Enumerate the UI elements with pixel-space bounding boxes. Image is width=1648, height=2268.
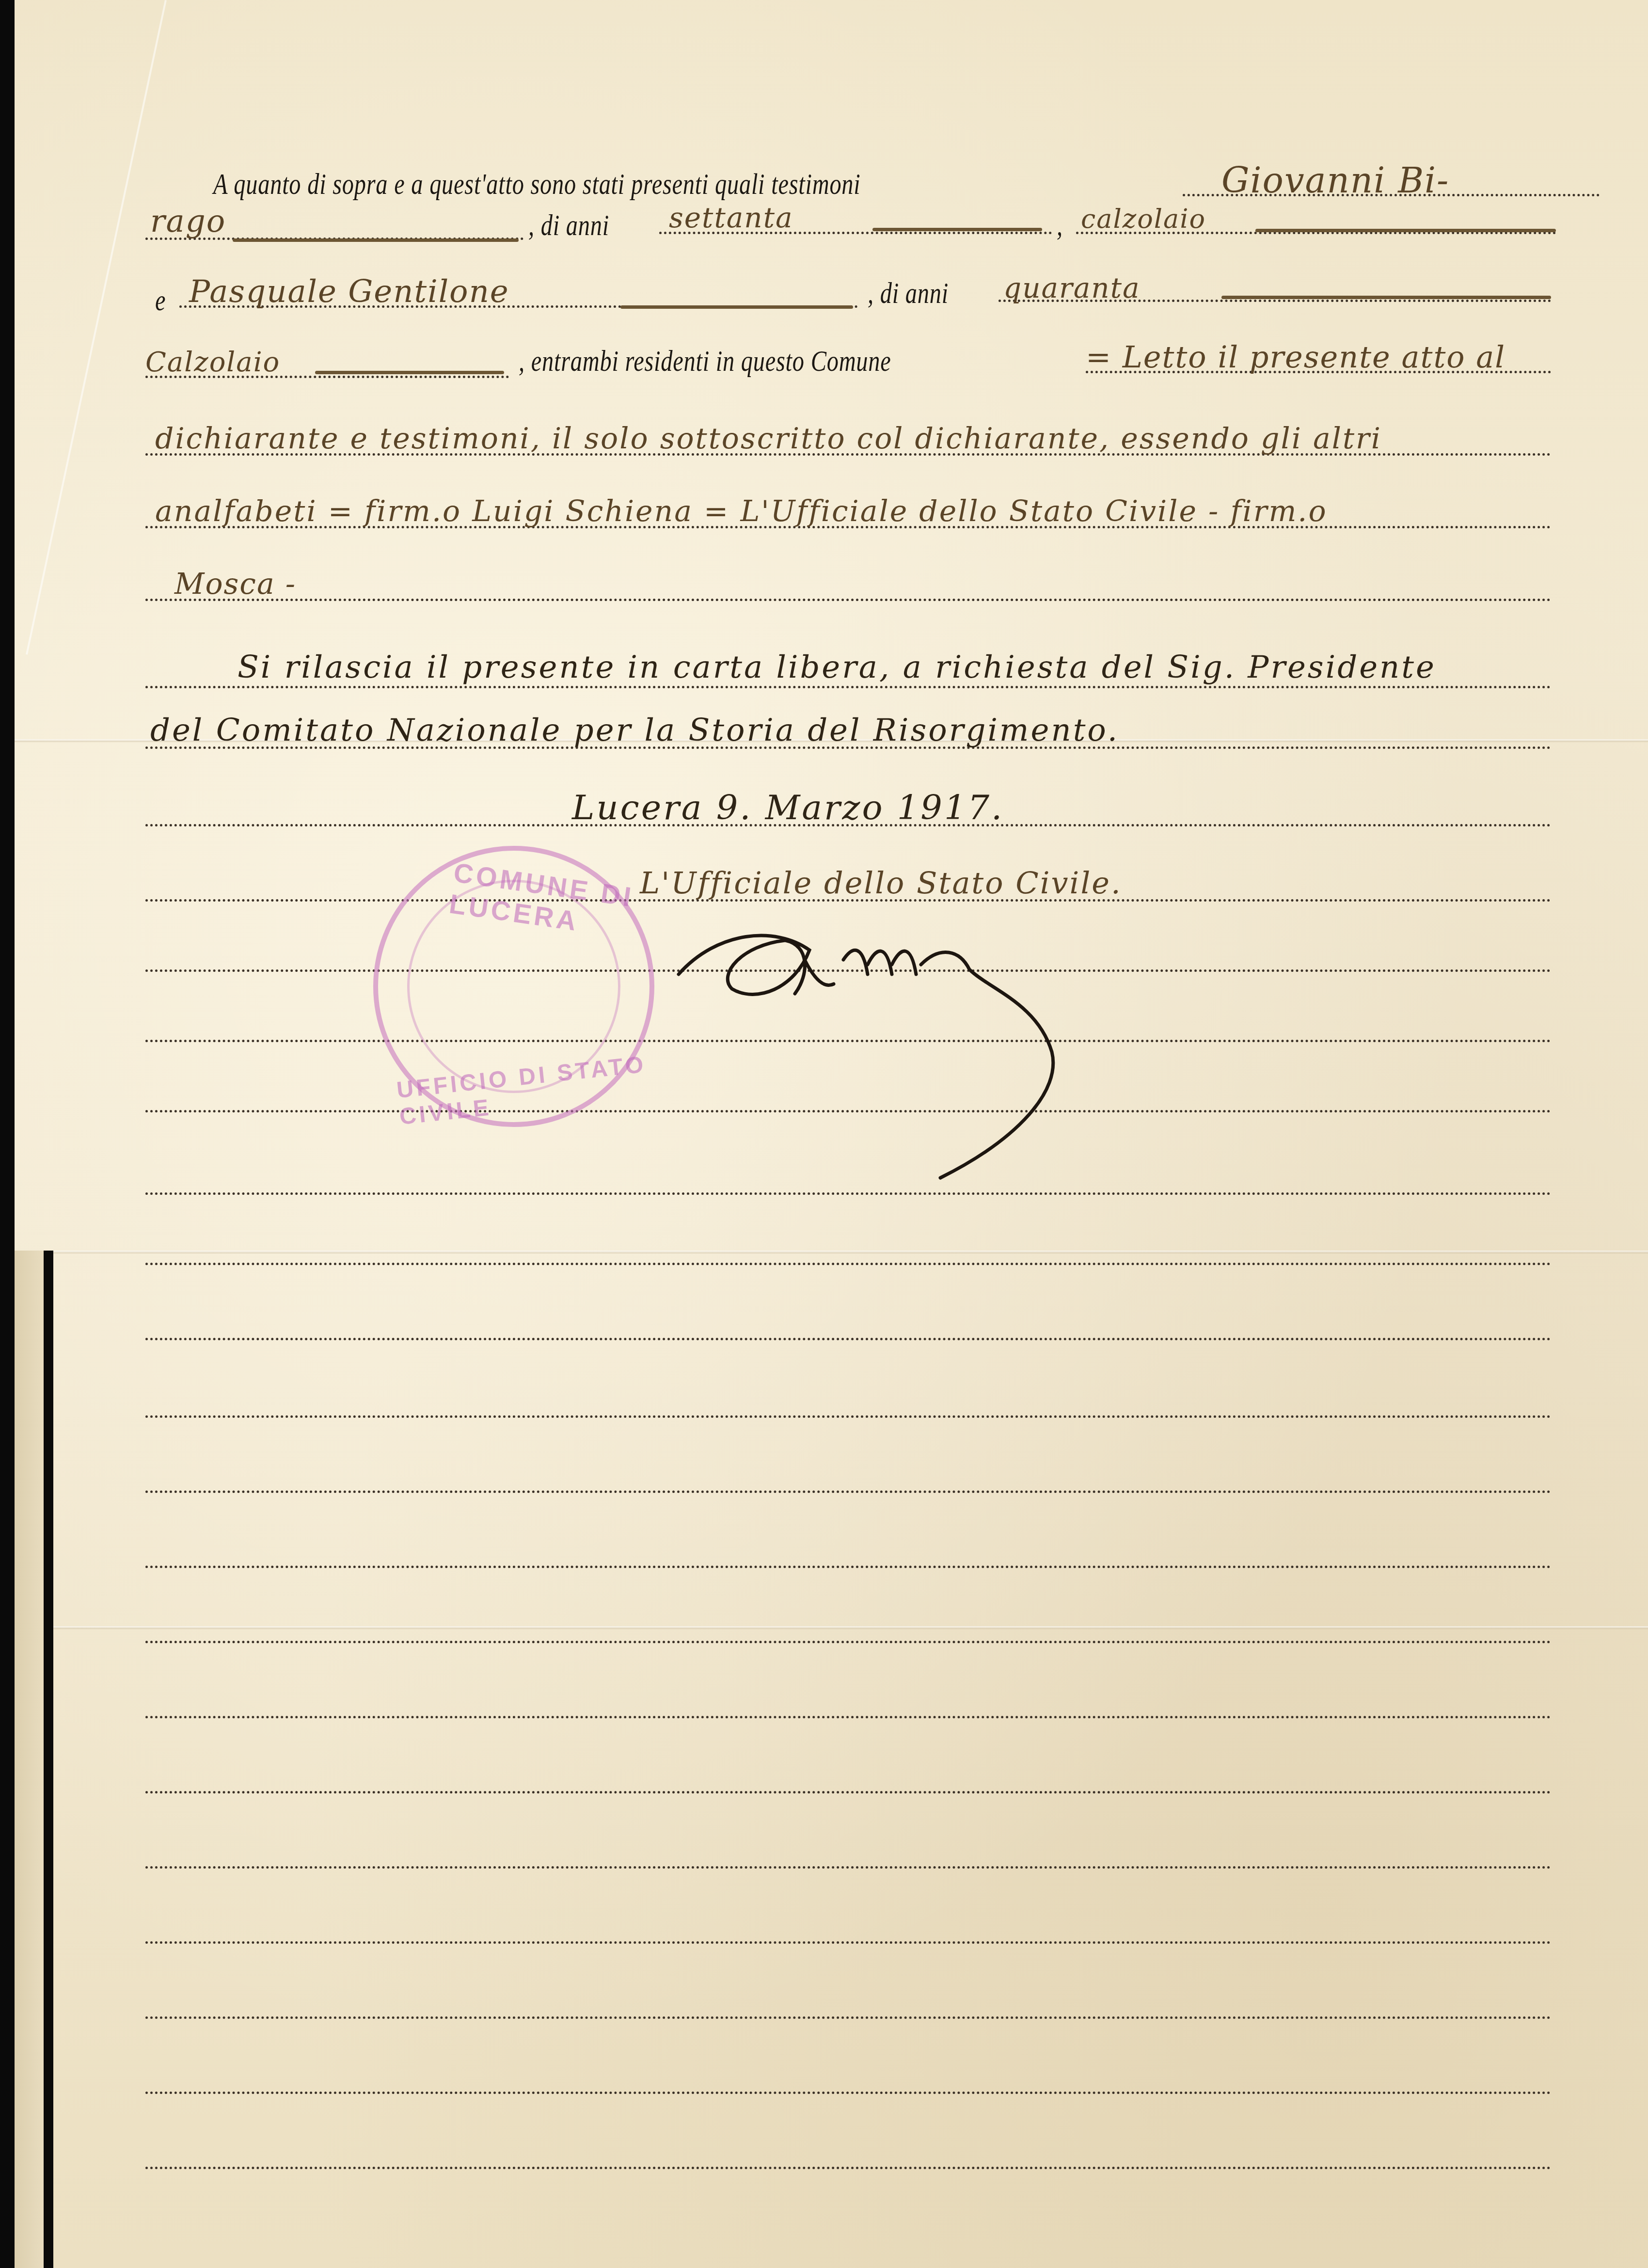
printed-text-witnesses: A quanto di sopra e a quest'atto sono st… [213,167,861,202]
handwritten-witness-2-name: Pasquale Gentilone [189,274,509,310]
dotted-field [145,1641,1551,1643]
printed-label-age: , di anni [528,208,609,243]
handwritten-date: Lucera 9. Marzo 1917. [572,788,1004,827]
fill-dash [872,228,1042,231]
dotted-field [145,1866,1551,1869]
dotted-field [145,1941,1551,1944]
dotted-field [145,1791,1551,1793]
printed-comma: , [1057,208,1063,243]
official-stamp: COMUNE DI LUCERA UFFICIO DI STATO CIVILE [373,846,654,1127]
printed-conjunction: e [155,284,166,318]
handwritten-line-6: analfabeti = firm.o Luigi Schiena = L'Uf… [155,494,1328,528]
handwritten-signatory-title: L'Ufficiale dello Stato Civile. [640,865,1122,901]
dotted-field [145,1491,1551,1493]
fill-dash [1221,296,1551,299]
handwritten-profession-1: calzolaio [1081,204,1206,234]
signature-flourish: Schiena [650,916,1328,1188]
dotted-field [145,1566,1551,1568]
dotted-field [145,2167,1551,2169]
handwritten-profession-2: Calzolaio [145,347,280,378]
handwritten-witness-1-name: Giovanni Bi- [1221,160,1449,201]
fill-dash [620,305,853,309]
fill-dash [1255,229,1556,232]
signature-text: Schiena [960,945,962,946]
dotted-field [145,2016,1551,2019]
handwritten-reading-note: = Letto il presente atto al [1086,339,1505,375]
dotted-field [145,1716,1551,1718]
fill-dash [315,371,504,374]
handwritten-line-5: dichiarante e testimoni, il solo sottosc… [155,422,1382,456]
handwritten-witness-1-surname: rago [150,204,226,239]
dotted-field [145,599,1551,601]
dotted-field [145,686,1551,688]
handwritten-age-2: quaranta [1003,271,1141,304]
fold-crease-diagonal [26,0,167,655]
torn-edge-flap [15,1251,44,2268]
dotted-field [145,1263,1551,1265]
printed-label-age: , di anni [868,276,949,311]
handwritten-line-9: del Comitato Nazionale per la Storia del… [150,713,1119,748]
dotted-field [145,1192,1551,1195]
fill-dash [233,238,519,242]
handwritten-line-7: Mosca - [174,567,296,601]
fold-crease-horizontal [15,1626,1648,1629]
dotted-field [145,1338,1551,1340]
fold-crease-horizontal [15,1251,1648,1253]
handwritten-line-8: Si rilascia il presente in carta libera,… [238,650,1436,685]
dotted-field [145,2092,1551,2094]
handwritten-age-1: settanta [669,201,793,234]
printed-text-residents: , entrambi residenti in questo Comune [519,344,891,379]
dotted-field [145,1415,1551,1418]
